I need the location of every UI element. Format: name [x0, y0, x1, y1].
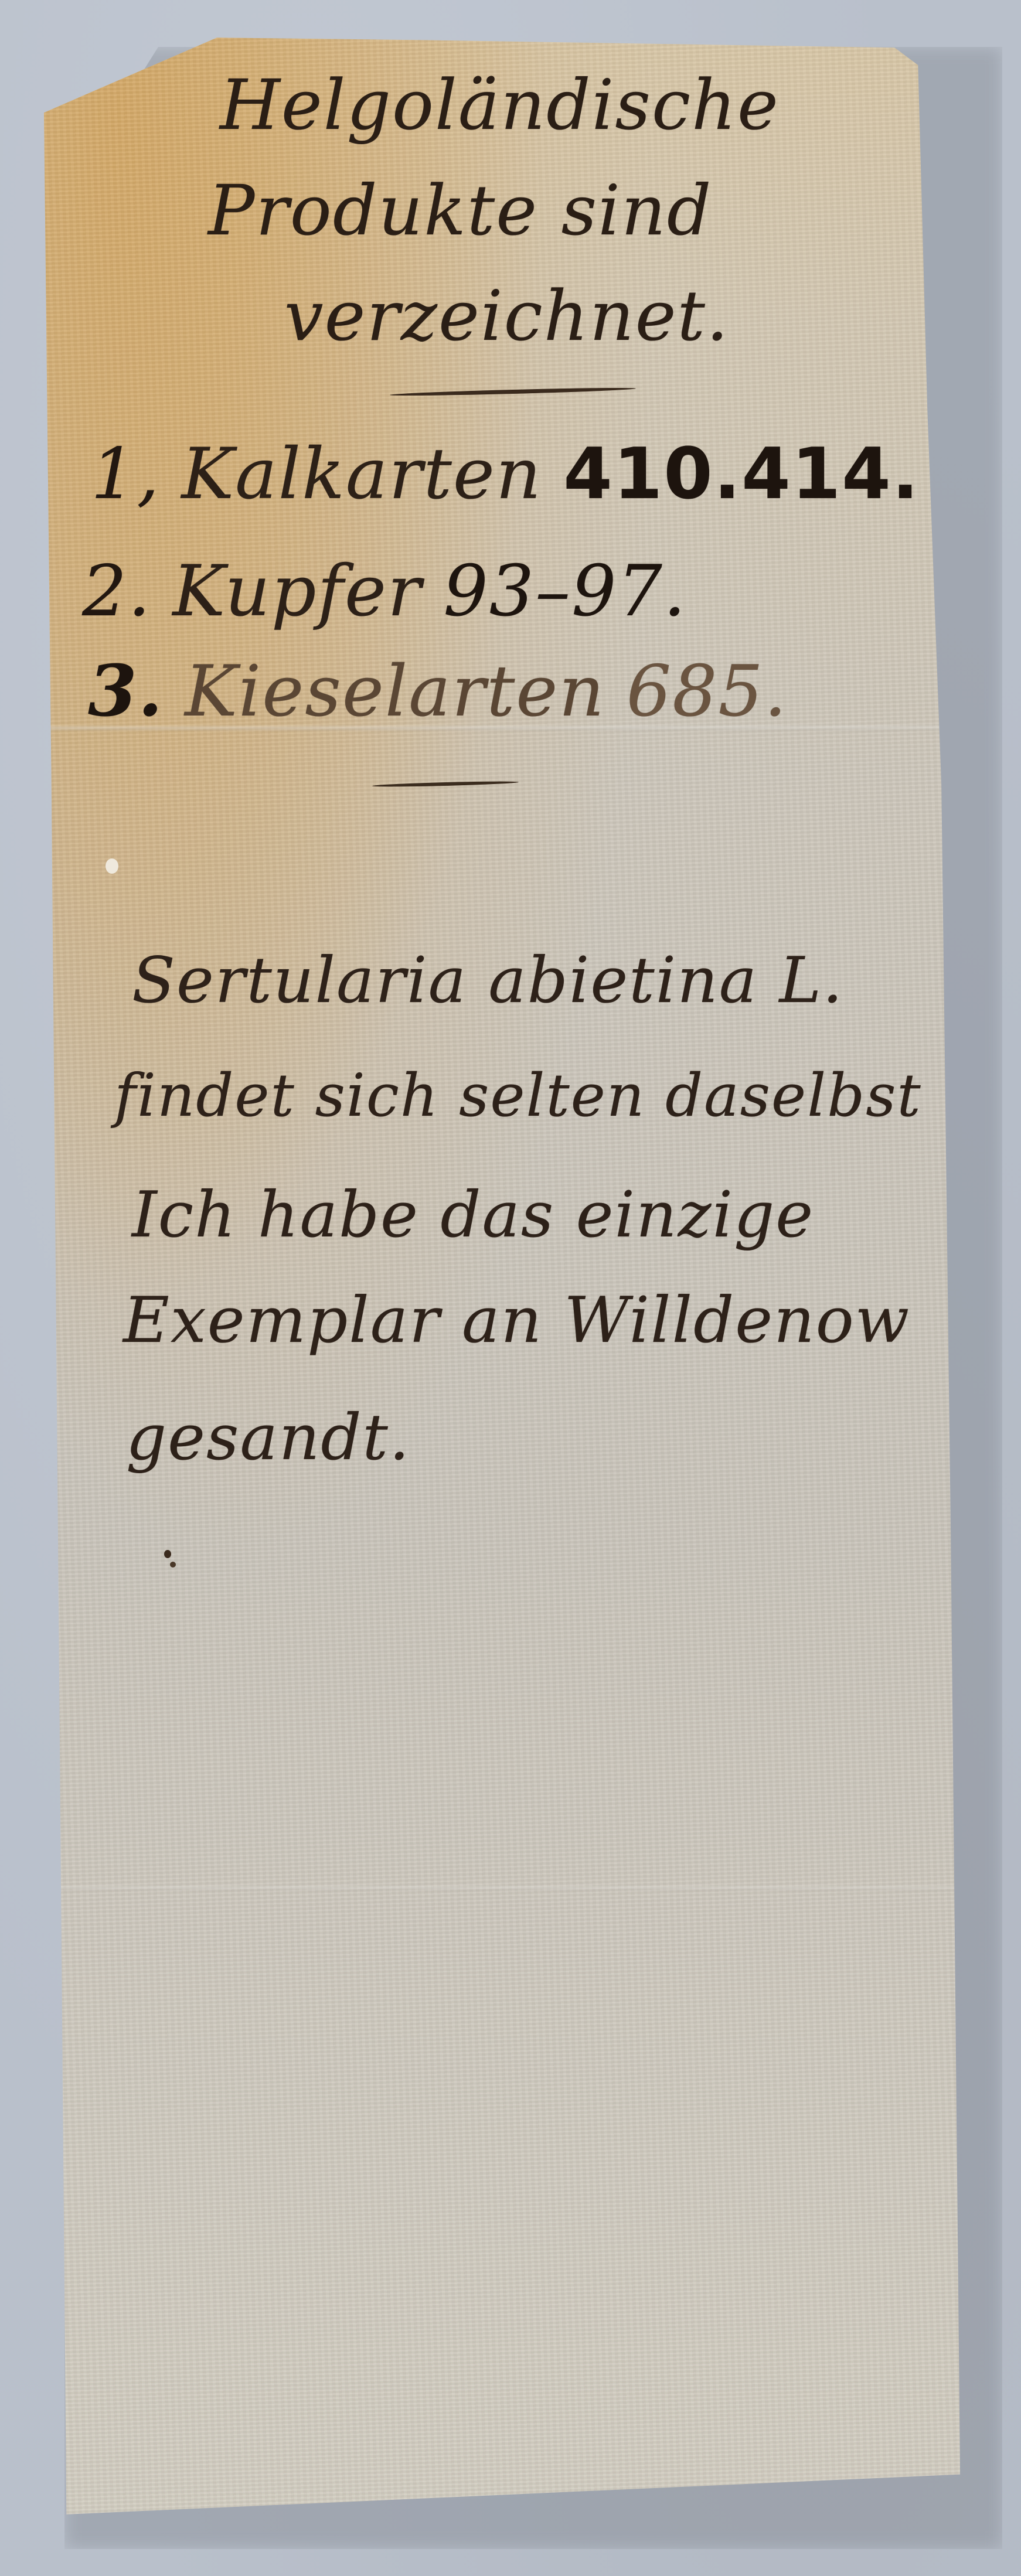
list-item-reference: 685. [627, 657, 788, 727]
paper-blemish [105, 858, 118, 874]
note-line-4: Exemplar an Willdenow [123, 1289, 910, 1352]
list-item: 1, Kalkarten 410.414. [91, 439, 920, 510]
list-item: 3. Kieselarten 685. [88, 656, 788, 727]
list-item-name: Kieselarten [185, 657, 605, 727]
header-underline [390, 387, 636, 397]
note-line-2: findet sich selten daselbst [114, 1066, 922, 1125]
list-item-reference: 93–97. [443, 557, 687, 627]
note-line-3: Ich habe das einzige [132, 1184, 814, 1247]
header-line-3: verzeichnet. [284, 281, 729, 350]
list-item-name: Kupfer [173, 557, 423, 627]
list-item-number: 3. [88, 656, 164, 727]
note-line-5: gesandt. [126, 1406, 410, 1470]
paper-slip: Helgoländische Produkte sind verzeichnet… [44, 35, 979, 2534]
paper-crease [44, 1887, 979, 1890]
list-item-name: Kalkarten [182, 439, 543, 510]
list-divider [372, 781, 519, 788]
note-line-1: Sertularia abietina L. [132, 949, 844, 1013]
list-item-reference: 410.414. [563, 439, 920, 510]
list-item-number: 1, [91, 439, 161, 510]
header-line-2: Produkte sind [208, 176, 712, 245]
list-item-number: 2. [82, 557, 152, 627]
header-line-1: Helgoländische [220, 70, 780, 139]
ink-spot [164, 1550, 171, 1558]
ink-spot [170, 1562, 176, 1568]
list-item: 2. Kupfer 93–97. [82, 557, 687, 627]
